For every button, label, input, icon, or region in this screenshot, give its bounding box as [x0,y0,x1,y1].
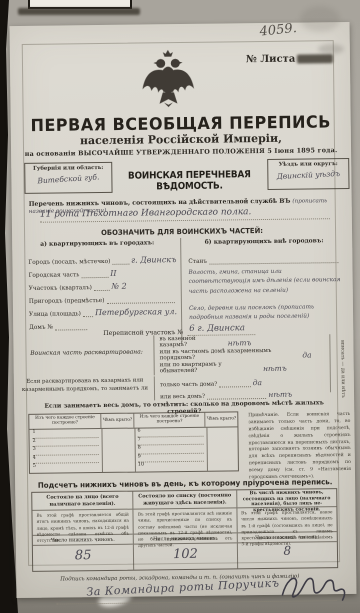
field-city-label: Городъ (посадъ, мѣстечко) [28,259,110,266]
ink-smudge [297,54,333,63]
table-rule [134,429,136,472]
quartering-label2: Если расквартирована въ казармахъ или ка… [20,376,150,394]
quartering-a5: нѣтъ [268,390,292,399]
quartering-q4: только часть дома? [160,382,217,389]
gubernia-label: Губернія или область: [25,165,111,172]
tally-col2-title: Состояло по списку (постоянно живущаго з… [134,490,237,509]
field-city-part-value: II [110,269,116,278]
tally-col1-note: Въ этой графѣ проставляется общій итогъ … [32,510,133,536]
field-stan-label: Станъ [188,259,207,265]
quartering-row: или весь домъ? нѣтъ [160,386,332,400]
document-type-title: ВОИНСКАЯ ПЕРЕЧНЕВАЯ ВѢДОМОСТЬ. [119,169,259,193]
dotted-leader [209,259,338,265]
field-city-value: г. Двинскъ [131,255,176,265]
tally-col3-note: Въ этой графѣ проставляется, какое число… [237,507,337,533]
buildings-rows-right: 6 7 8 9 10 [137,428,204,472]
field-selo: Село, деревня или поселокъ (прописать по… [189,303,341,323]
uezd-box: Уѣздъ или округъ: Двинскій уѣздъ [267,158,349,190]
quartering-a3: нѣтъ [263,364,287,373]
field-suburb: Пригородъ (предмѣстье) [29,290,177,305]
dotted-leader [106,299,174,304]
tally-col-2: Состояло по списку (постоянно живущаго з… [133,490,237,569]
dotted-leader [207,395,266,400]
dotted-leader [94,287,110,292]
table-rule [101,429,103,472]
quartering-rows1: въ казенной казармѣ? нѣтъ или въ частном… [159,333,331,374]
buildings-note: Примѣчаніе. Если воинская часть занимает… [248,412,351,482]
field-city: Городъ (посадъ, мѣстечко) г. Двинскъ [28,251,176,266]
field-city-part-label: Городская часть [29,272,80,279]
field-volost-label: Волость, гмина, станица или соотвѣтствую… [189,269,341,295]
col-roof-1: Чѣмъ крыто? [101,414,134,428]
building-row-10: 10 [138,462,204,471]
col-roof-2: Чѣмъ крыто? [205,412,238,426]
quartering-row: или въ частномъ домѣ казарменнымъ порядк… [159,346,331,361]
tally-table: Состояло на лицо (всего наличнаго населе… [31,488,338,572]
dotted-leader [55,326,87,331]
field-precinct-quarter-value: № 2 [111,282,126,291]
field-street-value: Петербургская ул. [95,307,177,317]
field-selo-label: Село, деревня или поселокъ (прописать по… [189,304,314,321]
gubernia-box: Губернія или область: Витебской губ. [24,162,112,194]
signature-autograph-flourish [278,568,350,605]
double-headed-eagle-icon [140,48,197,113]
rural-fields: Станъ Волость, гмина, станица или соотвѣ… [188,251,341,323]
scan-smear [18,8,140,15]
quartering-a1: нѣтъ [228,338,252,347]
field-house: Домъ № [29,317,89,331]
uezd-label: Уѣздъ или округъ: [268,161,348,168]
buildings-table-body: 1 2 3 4 5 6 7 8 9 10 [29,427,238,473]
tally-col3-value: 8 [238,542,338,568]
quartering-q5: или весь домъ? [160,394,205,401]
tally-col-1: Состояло на лицо (всего наличнаго населе… [32,492,133,571]
gubernia-value: Витебской губ. [25,172,111,187]
quartering-row: или по квартирамъ у обывателей? нѣтъ [160,359,332,374]
tally-col3-title: Въ числѣ нижнихъ чиновъ, состоящихъ на л… [237,489,337,508]
field-suburb-label: Пригородъ (предмѣстье) [29,298,105,305]
tally-col-3: Въ числѣ нижнихъ чиновъ, состоящихъ на л… [236,489,337,568]
tally-col1-title: Состояло на лицо (всего наличнаго населе… [32,492,133,511]
dotted-leader [219,383,251,388]
field-house-label: Домъ № [29,325,53,331]
side-note-bracket: вписать — да или нѣтъ [329,334,344,392]
quartering-a2: да [302,350,311,359]
field-street: Улица (площадь) Петербургская ул. [29,303,177,318]
census-form-page: 4059. № Листа ПЕРВАЯ ВСЕОБЩАЯ ПЕРЕПИСЬ н… [10,22,357,598]
dotted-leader [83,313,93,317]
field-street-label: Улица (площадь) [29,311,81,318]
side-note-vertical: вписать — да или нѣтъ [339,340,344,353]
quartering-q1: въ казенной казармѣ? [159,336,223,349]
quartering-rows2: только часть дома? да или весь домъ? нѣт… [160,374,332,400]
scan-smudge [300,6,340,32]
table-rule [206,428,208,471]
scan-smudge [318,44,344,54]
field-volost: Волость, гмина, станица или соотвѣтствую… [188,267,340,297]
sheet-number-handwritten: 4059. [259,21,298,40]
col-material-1: Изъ чего каждое строеніе построено? [29,414,100,429]
sheet-number-label: № Листа [246,54,296,66]
col-material-2: Изъ чего каждое строеніе построено? [133,413,204,428]
building-row-5: 5 [33,463,99,472]
scanned-census-sheet: 4059. № Листа ПЕРВАЯ ВСЕОБЩАЯ ПЕРЕПИСЬ н… [0,0,360,613]
field-precinct-quarter-label: Участокъ (кварталъ) [29,285,92,292]
buildings-rows-left: 1 2 3 4 5 [32,429,99,473]
quartering-q2: или въ частномъ домѣ казарменнымъ порядк… [159,348,298,362]
quartering-a4: да [253,378,262,387]
tally-col2-value: 102 [134,543,237,569]
field-stan: Станъ [188,251,340,265]
uezd-value: Двинскій уѣздъ [268,169,348,182]
dotted-leader [112,260,129,265]
dotted-leader [81,274,108,279]
city-fields: Городъ (посадъ, мѣстечко) г. Двинскъ Гор… [28,251,177,331]
quartering-q3: или по квартирамъ у обывателей? [160,361,259,374]
buildings-table: Изъ чего каждое строеніе построено? Чѣмъ… [28,411,239,474]
tally-col1-value: 85 [33,545,134,571]
tally-col2-note: Въ этой графѣ проставляются всѣ нижніе ч… [134,508,237,534]
